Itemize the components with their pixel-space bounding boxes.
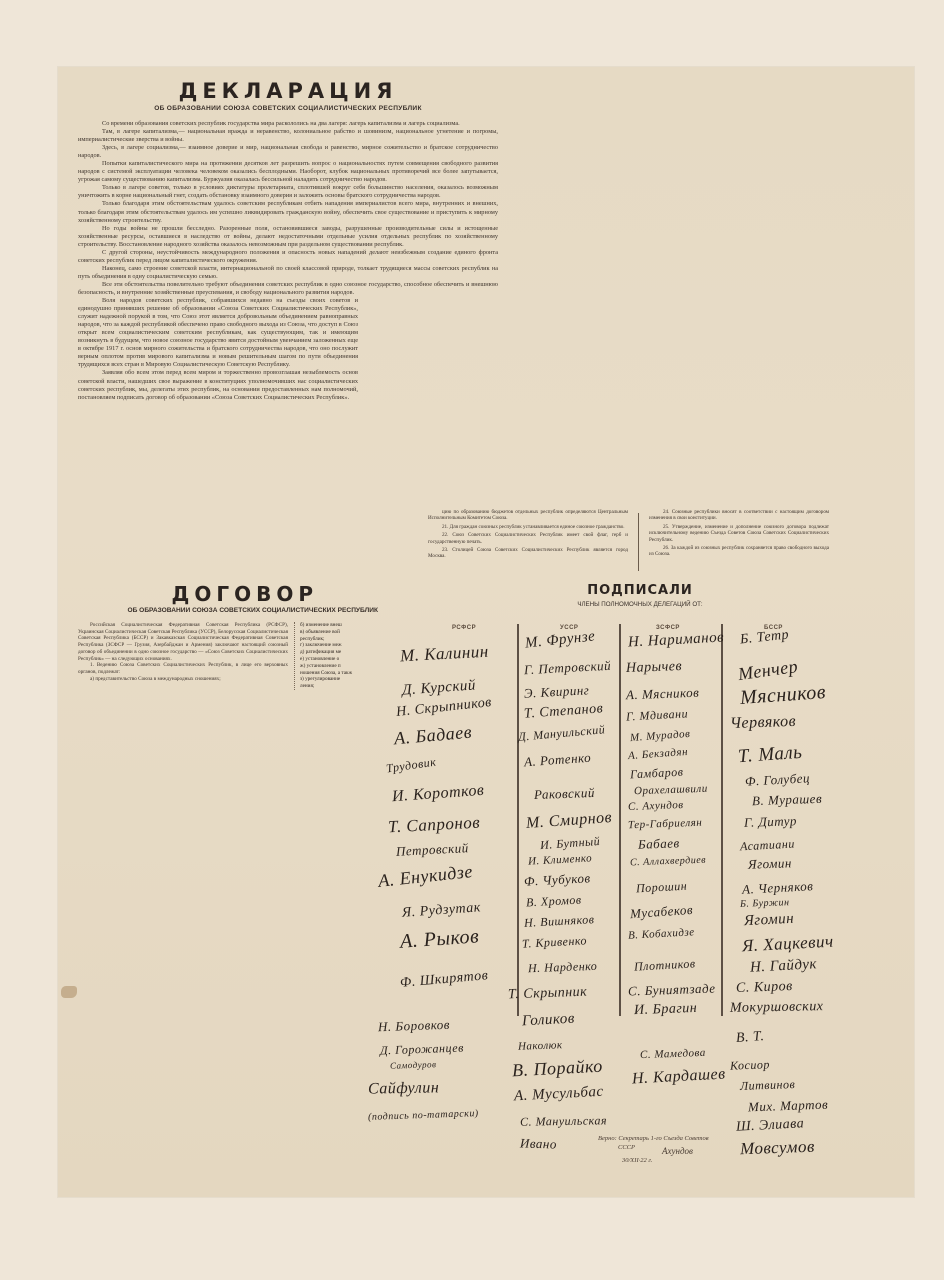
signature: Сайфулин [368,1079,440,1098]
article: 21. Для граждан союзных республик устана… [428,524,628,530]
paper-stain [61,986,77,998]
signature: Самодуров [390,1059,437,1071]
signature: Наколюк [518,1039,563,1053]
column-rule [721,624,723,1016]
treaty-item: ж) установление п [300,663,374,670]
treaty-paragraph: Российская Социалистическая Федеративная… [78,622,288,662]
treaty-paragraph: 1. Ведению Союза Советских Социалистичес… [78,662,288,675]
signature: Гамбаров [630,765,684,783]
signature: Косиор [730,1057,770,1073]
column-rule [517,624,519,1016]
signature: Мих. Мартов [748,1097,829,1116]
article: 22. Союз Советских Социалистических Респ… [428,532,628,545]
treaty-item: д) ратификация ме [300,649,374,656]
article: 23. Столицей Союза Советских Социалистич… [428,547,628,560]
signature: Д. Горожанцев [380,1041,464,1059]
treaty-item: б) изменение внеш [300,622,374,629]
signatories-heading: ПОДПИСАЛИ члены полномочных делегаций от… [460,583,820,608]
treaty-main-text: Российская Социалистическая Федеративная… [78,622,288,690]
declaration-section: ДЕКЛАРАЦИЯ об образовании Союза Советски… [78,79,498,402]
declaration-paragraph: Только в лагере советов, только в услови… [78,184,498,200]
signature: С. Буниятзаде [628,980,716,999]
declaration-title: ДЕКЛАРАЦИЯ [78,79,498,103]
article: цию по образованию бюджетов отдельных ре… [428,509,628,522]
declaration-paragraph: С другой стороны, неустойчивость междуна… [78,249,498,265]
signature: Плотников [634,956,696,974]
treaty-final-articles: цию по образованию бюджетов отдельных ре… [428,509,838,571]
treaty-item: в) объявление вой [300,629,374,636]
declaration-paragraph: Воля народов советских республик, собрав… [78,297,358,369]
article: 26. За каждой из союзных республик сохра… [649,545,829,558]
attestation-note-ussr: СССР [618,1144,635,1151]
signature: Ягомин [748,855,792,873]
column-header-rsfsr: РСФСР [452,625,476,631]
signature: Асатиани [740,837,796,855]
signature: Литвинов [740,1077,796,1094]
signature: Н. Нарденко [528,959,598,976]
signature: Г. Дитур [744,813,797,831]
signature: Голиков [522,1011,576,1031]
treaty-title: ДОГОВОР [78,582,378,606]
attestation-date: 30/XII·22 г. [622,1157,652,1164]
signatories-title: ПОДПИСАЛИ [460,583,820,599]
signature: Б. Буржин [740,897,790,910]
signature: Т. Маль [737,742,803,768]
signature: Ф. Голубец [745,770,811,789]
treaty-subtitle: об образовании Союза Советских Социалист… [78,607,378,614]
articles-divider [638,513,639,571]
declaration-paragraph: Но годы войны не прошли бесследно. Разор… [78,225,498,249]
declaration-paragraph: Здесь, в лагере социализма,— взаимное до… [78,144,498,160]
treaty-section: ДОГОВОР об образовании Союза Советских С… [78,582,378,690]
signature: С. Киров [736,979,793,997]
treaty-item: ления; [300,683,374,690]
signature: А. Мясников [626,685,700,704]
attestation-note: Верно: Секретарь 1-го Съезда Советов [598,1135,709,1142]
signature: Т. Скрыпник [508,985,588,1004]
signature: Нарычев [626,659,683,677]
declaration-paragraph: Со времени образования советских республ… [78,120,498,128]
signature: Ягомин [744,911,795,931]
treaty-item: е) установление о [300,656,374,663]
signatories-subtitle: члены полномочных делегаций от: [460,601,820,608]
column-rule [619,624,621,1016]
article: 25. Утверждение, изменение и дополнение … [649,524,829,543]
signature: Червяков [730,713,797,733]
declaration-paragraph: Только благодаря этим обстоятельствам уд… [78,200,498,224]
signature: С. Мануильская [520,1113,607,1130]
signature: Мовсумов [740,1137,816,1160]
signature: Порошин [636,879,688,897]
signature: В. Хромов [526,893,582,911]
declaration-subtitle: об образовании Союза Советских Социалист… [78,105,498,112]
articles-right-column: 24. Союзные республики вносят в соответс… [649,509,829,571]
treaty-paragraph: а) представительство Союза в международн… [78,676,288,683]
signature: С. Мамедова [640,1047,706,1061]
signature: В. Т. [735,1029,765,1047]
signature: Раковский [534,785,595,803]
declaration-paragraph: Там, в лагере капитализма,— национальная… [78,128,498,144]
declaration-paragraph: Наконец, само строение советской власти,… [78,265,498,281]
signature: В. Мурашев [752,791,823,809]
signature: Э. Квиринг [524,682,590,701]
signature: С. Ахундов [628,799,684,813]
declaration-paragraph: Попытки капиталистического мира на протя… [78,160,498,184]
articles-left-column: цию по образованию бюджетов отдельных ре… [428,509,628,571]
article: 24. Союзные республики вносят в соответс… [649,509,829,522]
signature: Бабаев [638,835,680,852]
signature: Ивано [520,1135,557,1152]
signature: Орахелашвили [634,783,708,798]
declaration-paragraph: Заявляя обо всем этом перед всем миром и… [78,369,358,401]
treaty-item: з) урегулирование [300,676,374,683]
treaty-side-column: б) изменение внеш в) объявление вой респ… [294,622,374,690]
attestation-signature: Ахундов [662,1146,693,1156]
signature: И. Брагин [634,1001,698,1019]
column-header-zsfsr: ЗСФСР [656,625,680,631]
declaration-paragraph: Все эти обстоятельства повелительно треб… [78,281,498,297]
signature: Н. Боровков [378,1017,450,1036]
signature: Мокуршовских [730,999,824,1017]
signature: Н. Гайдук [750,956,818,976]
